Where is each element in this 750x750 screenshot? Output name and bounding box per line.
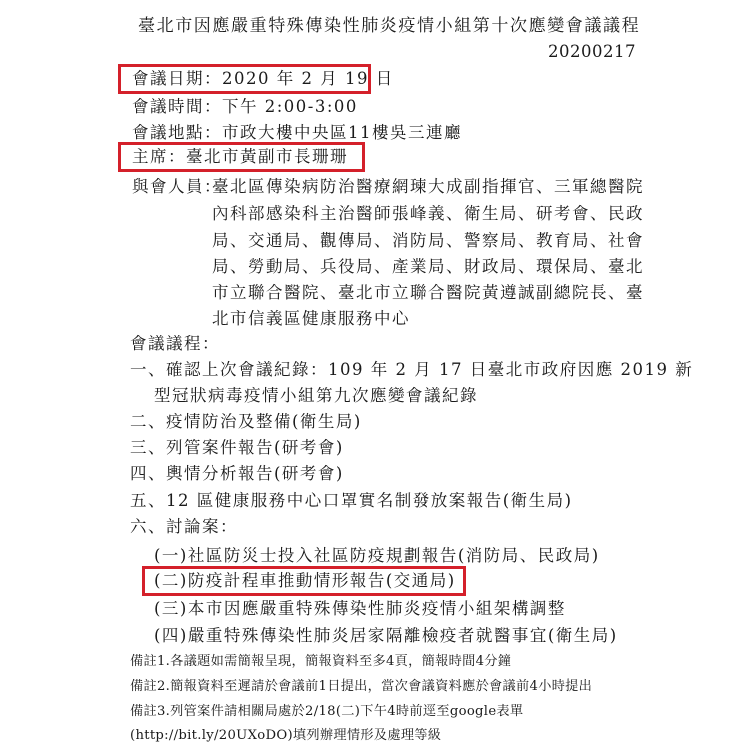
discussion-item: (四)嚴重特殊傳染性肺炎居家隔離檢疫者就醫事宜(衛生局) (154, 624, 618, 648)
attendees-line: 市立聯合醫院、臺北市立聯合醫院黃遵誠副總院長、臺 (212, 281, 644, 305)
attendees-line: 內科部感染科主治醫師張峰義、衛生局、研考會、民政 (212, 202, 644, 226)
attendees-line: 臺北區傳染病防治醫療網瑓大成副指揮官、三軍總醫院 (212, 175, 644, 199)
attendees-label: 與會人員： (132, 175, 222, 199)
agenda-item: 四、輿情分析報告(研考會) (130, 462, 344, 486)
attendees-line: 北市信義區健康服務中心 (212, 307, 410, 331)
document-date: 20200217 (548, 40, 636, 64)
attendees-line: 局、勞動局、兵役局、產業局、財政局、環保局、臺北 (212, 255, 644, 279)
note: 備註2.簡報資料至遲請於會議前1日提出，當次會議資料應於會議前4小時提出 (130, 677, 592, 697)
agenda-item: 一、確認上次會議紀錄：109 年 2 月 17 日臺北市政府因應 2019 新 (130, 358, 693, 382)
note-url: (http://bit.ly/20UXoDO)填列辦理情形及處理等級 (130, 726, 441, 746)
agenda-item: 六、討論案： (130, 515, 238, 539)
document-title: 臺北市因應嚴重特殊傳染性肺炎疫情小組第十次應變會議議程 (138, 14, 640, 38)
agenda-document: 臺北市因應嚴重特殊傳染性肺炎疫情小組第十次應變會議議程 20200217 會議日… (0, 0, 750, 750)
agenda-item: 二、疫情防治及整備(衛生局) (130, 410, 362, 434)
attendees-line: 局、交通局、觀傳局、消防局、警察局、教育局、社會 (212, 229, 644, 253)
agenda-label: 會議議程： (130, 332, 220, 356)
agenda-item: 五、12 區健康服務中心口罩實名制發放案報告(衛生局) (130, 489, 573, 513)
meeting-date: 會議日期：2020 年 2 月 19 日 (132, 67, 394, 91)
agenda-item: 三、列管案件報告(研考會) (130, 436, 344, 460)
meeting-chair: 主席：臺北市黃副市長珊珊 (132, 145, 348, 169)
agenda-item-continued: 型冠狀病毒疫情小組第九次應變會議紀錄 (154, 384, 478, 408)
note: 備註3.列管案件請相關局處於2/18(二)下午4時前逕至google表單 (130, 702, 523, 722)
meeting-time: 會議時間：下午 2:00-3:00 (132, 95, 358, 119)
discussion-item: (三)本市因應嚴重特殊傳染性肺炎疫情小組架構調整 (154, 597, 566, 621)
discussion-item: (一)社區防災士投入社區防疫規劃報告(消防局、民政局) (154, 544, 600, 568)
discussion-item: (二)防疫計程車推動情形報告(交通局) (154, 569, 456, 593)
note: 備註1.各議題如需簡報呈現，簡報資料至多4頁，簡報時間4分鐘 (130, 652, 511, 672)
